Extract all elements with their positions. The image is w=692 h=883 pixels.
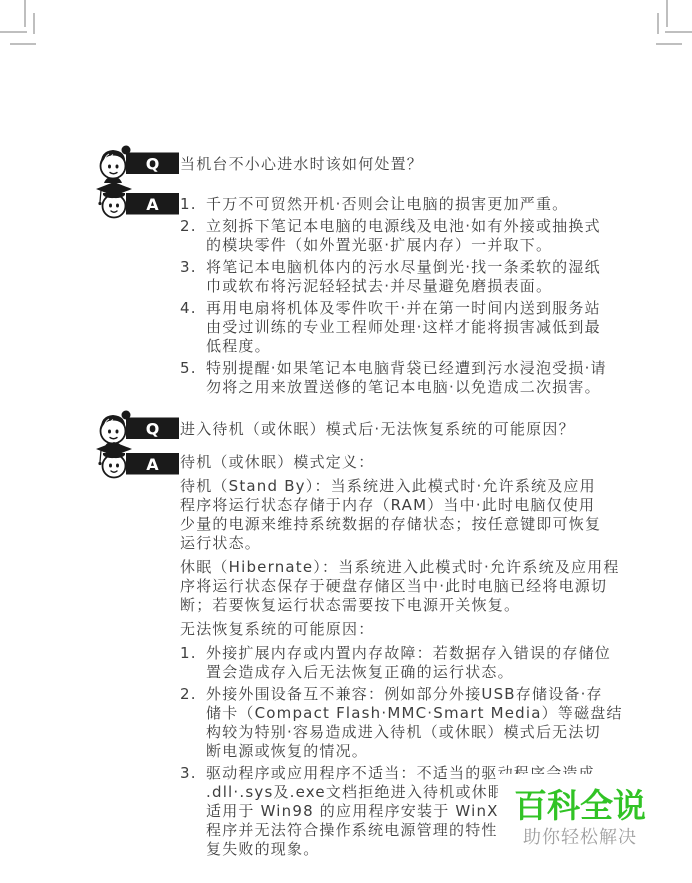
answer-row-1: 1.千万不可贸然开机·否则会让电脑的损害更加严重。2.立刻拆下笔记本电脑的电源线… — [96, 181, 618, 400]
list-item-text: 外接扩展内存或内置内存故障：若数据存入错误的存储位置会造成存入后无法恢复正确的运… — [206, 644, 623, 682]
list-item-text: 将笔记本电脑机体内的污水尽量倒光·找一条柔软的湿纸巾或软布将污泥轻轻拭去·并尽量… — [206, 258, 618, 296]
list-item-number: 2. — [180, 217, 206, 255]
list-item-text: 千万不可贸然开机·否则会让电脑的损害更加严重。 — [206, 195, 618, 214]
crop-mark-line — [657, 13, 659, 34]
question-text: 进入待机（或休眠）模式后·无法恢复系统的可能原因？ — [180, 409, 618, 439]
crop-mark-line — [33, 13, 35, 34]
crop-mark-line — [656, 43, 682, 45]
paragraph-line: 少量的电源来维持系统数据的存储状态；按任意键即可恢复 — [180, 515, 623, 534]
answer-paragraph: 休眠（Hibernate）：当系统进入此模式时·允许系统及应用程序将运行状态保存… — [180, 558, 623, 615]
list-item-text: 立刻拆下笔记本电脑的电源线及电池·如有外接或抽换式的模块零件（如外置光驱·扩展内… — [206, 217, 618, 255]
answer-text: 1.千万不可贸然开机·否则会让电脑的损害更加严重。2.立刻拆下笔记本电脑的电源线… — [180, 181, 618, 400]
item-line: 由受过训练的专业工程师处理·这样才能将损害减低到最 — [206, 318, 618, 337]
answer-icon — [96, 181, 180, 221]
item-line: 千万不可贸然开机·否则会让电脑的损害更加严重。 — [206, 195, 618, 214]
paragraph-line: 断；若要恢复运行状态需要按下电源开关恢复。 — [180, 596, 623, 615]
answer-list-item: 2.立刻拆下笔记本电脑的电源线及电池·如有外接或抽换式的模块零件（如外置光驱·扩… — [180, 217, 618, 255]
crop-mark-line — [0, 31, 27, 33]
answer-list-item: 5.特别提醒·如果笔记本电脑背袋已经遭到污水浸泡受损·请勿将之用来放置送修的笔记… — [180, 359, 618, 397]
crop-mark-line — [24, 0, 26, 27]
item-line: 外接扩展内存或内置内存故障：若数据存入错误的存储位 — [206, 644, 623, 663]
watermark-inner: 百科全说 助你轻松解决 — [514, 789, 646, 847]
question-icon — [96, 144, 180, 184]
item-line: 的模块零件（如外置光驱·扩展内存）一并取下。 — [206, 236, 618, 255]
answer-icon — [96, 441, 180, 481]
paragraph-line: 程序将运行状态存储于内存（RAM）当中·此时电脑仅使用 — [180, 496, 623, 515]
paragraph-line: 待机（Stand By）：当系统进入此模式时·允许系统及应用 — [180, 477, 623, 496]
crop-mark-line — [10, 43, 36, 45]
paragraph-line: 休眠（Hibernate）：当系统进入此模式时·允许系统及应用程 — [180, 558, 623, 577]
item-line: 低程度。 — [206, 337, 618, 356]
item-line: 特别提醒·如果笔记本电脑背袋已经遭到污水浸泡受损·请 — [206, 359, 618, 378]
crop-mark-line — [665, 31, 692, 33]
list-item-text: 再用电扇将机体及零件吹干·并在第一时间内送到服务站由受过训练的专业工程师处理·这… — [206, 299, 618, 356]
question-row-1: 当机台不小心进水时该如何处置？ — [96, 144, 618, 184]
question-text: 当机台不小心进水时该如何处置？ — [180, 144, 618, 174]
answer-list-item: 1.千万不可贸然开机·否则会让电脑的损害更加严重。 — [180, 195, 618, 214]
paragraph-line: 待机（或休眠）模式定义： — [180, 453, 623, 472]
item-line: 立刻拆下笔记本电脑的电源线及电池·如有外接或抽换式 — [206, 217, 618, 236]
item-line: 再用电扇将机体及零件吹干·并在第一时间内送到服务站 — [206, 299, 618, 318]
answer-list: 1.千万不可贸然开机·否则会让电脑的损害更加严重。2.立刻拆下笔记本电脑的电源线… — [180, 195, 618, 397]
text-line: 当机台不小心进水时该如何处置？ — [180, 155, 618, 174]
item-line: 将笔记本电脑机体内的污水尽量倒光·找一条柔软的湿纸 — [206, 258, 618, 277]
crop-mark-line — [666, 0, 668, 27]
answer-list-item: 4.再用电扇将机体及零件吹干·并在第一时间内送到服务站由受过训练的专业工程师处理… — [180, 299, 618, 356]
item-line: 构较为特别·容易造成进入待机（或休眠）模式后无法切 — [206, 723, 623, 742]
item-line: 勿将之用来放置送修的笔记本电脑·以免造成二次损害。 — [206, 378, 618, 397]
list-item-number: 1. — [180, 644, 206, 682]
text-line: 进入待机（或休眠）模式后·无法恢复系统的可能原因？ — [180, 420, 618, 439]
list-item-text: 外接外围设备互不兼容：例如部分外接USB存储设备·存储卡（Compact Fla… — [206, 685, 623, 761]
watermark-subtitle: 助你轻松解决 — [514, 829, 646, 847]
paragraph-line: 运行状态。 — [180, 534, 623, 553]
answer-list-item: 2.外接外围设备互不兼容：例如部分外接USB存储设备·存储卡（Compact F… — [180, 685, 623, 761]
answer-paragraph: 待机（Stand By）：当系统进入此模式时·允许系统及应用程序将运行状态存储于… — [180, 477, 623, 553]
item-line: 断电源或恢复的情况。 — [206, 742, 623, 761]
paragraph-line: 无法恢复系统的可能原因： — [180, 620, 623, 639]
document-page: 当机台不小心进水时该如何处置？ 1.千万不可贸然开机·否则会让电脑的损害更加严重… — [0, 0, 692, 883]
watermark-title: 百科全说 — [514, 789, 646, 822]
watermark: 百科全说 助你轻松解决 — [498, 774, 692, 883]
list-item-number: 3. — [180, 258, 206, 296]
answer-list-item: 1.外接扩展内存或内置内存故障：若数据存入错误的存储位置会造成存入后无法恢复正确… — [180, 644, 623, 682]
answer-list-item: 3.将笔记本电脑机体内的污水尽量倒光·找一条柔软的湿纸巾或软布将污泥轻轻拭去·并… — [180, 258, 618, 296]
list-item-number: 3. — [180, 764, 206, 859]
list-item-number: 2. — [180, 685, 206, 761]
item-line: 置会造成存入后无法恢复正确的运行状态。 — [206, 663, 623, 682]
item-line: 巾或软布将污泥轻轻拭去·并尽量避免磨损表面。 — [206, 277, 618, 296]
list-item-number: 1. — [180, 195, 206, 214]
item-line: 外接外围设备互不兼容：例如部分外接USB存储设备·存 — [206, 685, 623, 704]
paragraph-line: 序将运行状态保存于硬盘存储区当中·此时电脑已经将电源切 — [180, 577, 623, 596]
answer-paragraph: 无法恢复系统的可能原因： — [180, 620, 623, 639]
list-item-text: 特别提醒·如果笔记本电脑背袋已经遭到污水浸泡受损·请勿将之用来放置送修的笔记本电… — [206, 359, 618, 397]
answer-paragraph: 待机（或休眠）模式定义： — [180, 453, 623, 472]
item-line: 储卡（Compact Flash·MMC·Smart Media）等磁盘结 — [206, 704, 623, 723]
list-item-number: 5. — [180, 359, 206, 397]
list-item-number: 4. — [180, 299, 206, 356]
